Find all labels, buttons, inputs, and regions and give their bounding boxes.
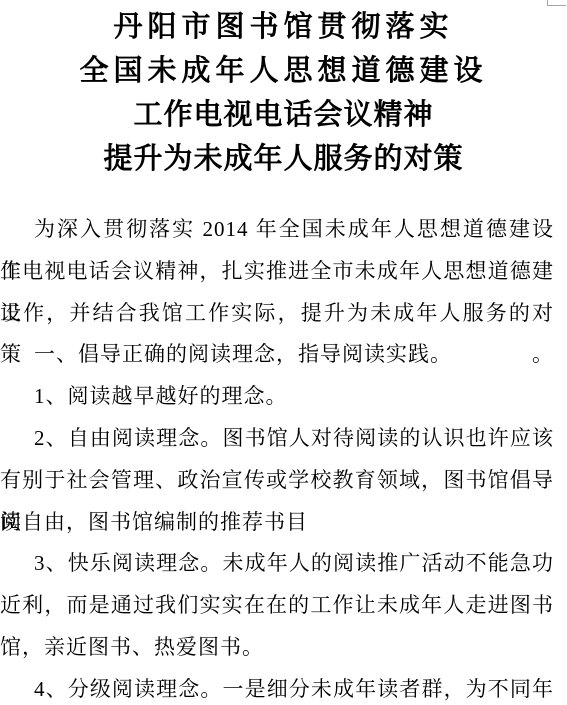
title-line: 工作电视电话会议精神 bbox=[0, 93, 567, 137]
title-line: 提升为未成年人服务的对策 bbox=[0, 137, 567, 181]
document-title: 丹阳市图书馆贯彻落实 全国未成年人思想道德建设 工作电视电话会议精神 提升为未成… bbox=[0, 5, 567, 181]
body-line: 读自由，图书馆编制的推荐书目 bbox=[0, 502, 554, 544]
frame-corner-mark bbox=[547, 0, 566, 6]
body-line: 4、分级阅读理念。一是细分未成年读者群，为不同年 bbox=[0, 669, 554, 705]
paragraph-point-2: 2、自由阅读理念。图书馆人对待阅读的认识也许应该 有别于社会管理、政治宣传或学校… bbox=[0, 418, 554, 543]
body-line: 1、阅读越早越好的理念。 bbox=[0, 376, 554, 418]
body-line: 2、自由阅读理念。图书馆人对待阅读的认识也许应该 bbox=[0, 418, 554, 460]
document-body: 为深入贯彻落实 2014 年全国未成年人思想道德建设工 作电视电话会议精神，扎实… bbox=[0, 209, 554, 705]
body-line: 工作，并结合我馆工作实际，提升为未成年人服务的对策。 bbox=[0, 293, 554, 335]
body-line: 馆，亲近图书、热爱图书。 bbox=[0, 627, 554, 669]
title-line: 全国未成年人思想道德建设 bbox=[0, 49, 567, 93]
body-line: 作电视电话会议精神，扎实推进全市未成年人思想道德建设 bbox=[0, 251, 554, 293]
body-line: 3、快乐阅读理念。未成年人的阅读推广活动不能急功 bbox=[0, 543, 554, 585]
document-page: 丹阳市图书馆贯彻落实 全国未成年人思想道德建设 工作电视电话会议精神 提升为未成… bbox=[0, 0, 567, 705]
paragraph-intro: 为深入贯彻落实 2014 年全国未成年人思想道德建设工 作电视电话会议精神，扎实… bbox=[0, 209, 554, 334]
title-line: 丹阳市图书馆贯彻落实 bbox=[0, 5, 567, 49]
body-line: 近利，而是通过我们实实在在的工作让未成年人走进图书 bbox=[0, 585, 554, 627]
paragraph-point-1: 1、阅读越早越好的理念。 bbox=[0, 376, 554, 418]
paragraph-point-3: 3、快乐阅读理念。未成年人的阅读推广活动不能急功 近利，而是通过我们实实在在的工… bbox=[0, 543, 554, 668]
body-line: 为深入贯彻落实 2014 年全国未成年人思想道德建设工 bbox=[0, 209, 554, 251]
paragraph-point-4: 4、分级阅读理念。一是细分未成年读者群，为不同年 bbox=[0, 669, 554, 705]
body-line: 有别于社会管理、政治宣传或学校教育领域，图书馆倡导阅 bbox=[0, 460, 554, 502]
